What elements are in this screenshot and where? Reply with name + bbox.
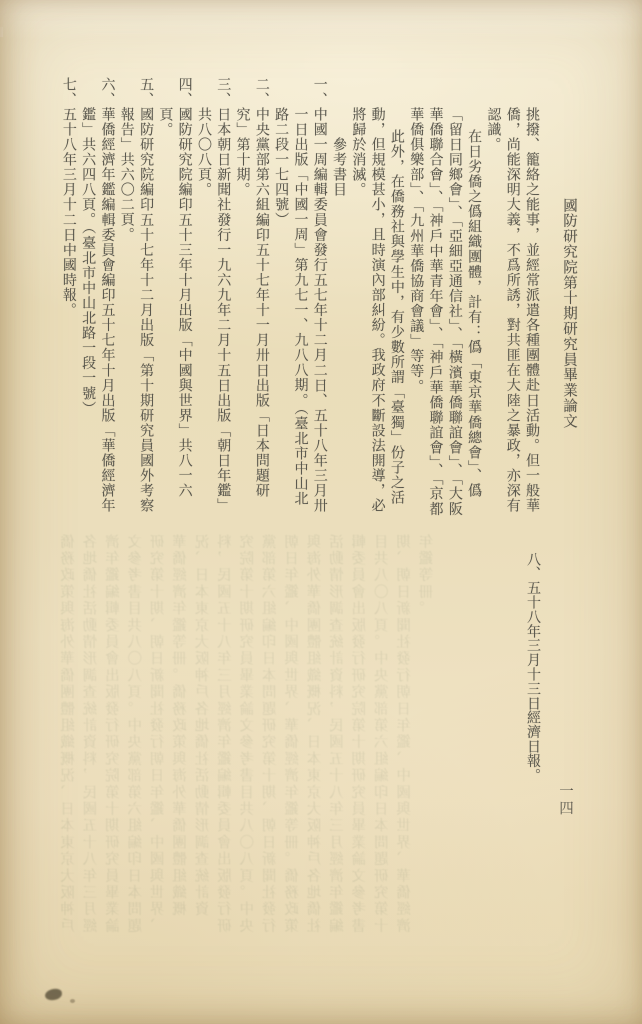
ink-stain xyxy=(44,988,62,1001)
reference-item: 四、國防研究院編印五十三年十月出版「中國與世界」共八一六頁。 xyxy=(155,107,194,517)
references-heading: 參考書目 xyxy=(329,107,348,517)
paragraph: 在日劣僑之僞組織團體，計有：僞「東京華僑總會」、僞「留日同鄉會」、「亞細亞通信社… xyxy=(406,107,483,517)
reference-item: 七、五十八年三月十二日中國時報。 xyxy=(59,107,78,517)
reference-item: 六、華僑經濟年鑑編輯委員會編印五十七年十月出版「華僑經濟年鑑」共六四八頁。（臺北… xyxy=(78,107,117,517)
reference-item: 一、中國一周編輯委員會發行五七年十二月二日、五十八年三月卅一日出版「中國一周」第… xyxy=(271,107,329,517)
page-number: 一四 xyxy=(555,783,576,818)
reference-item: 二、中央黨部第六組編印五十七年十一月卅日出版「日本問題研究」第十期。 xyxy=(232,107,271,517)
reference-item-overflow: 八、五十八年三月十三日經濟日報。 xyxy=(522,552,542,790)
ghost-showthrough-text: 僑務政策與海外華僑團體組織概況、日本東京大阪神戶各地僑社活動情形調查統計資料，民… xyxy=(58,534,554,948)
paper-top-light-band xyxy=(0,0,642,40)
paper-edge-notch xyxy=(0,27,3,37)
paragraph-continued: 挑撥、籠絡之能事，並經常派遣各種團體赴日活動。但一般華僑，尚能深明大義，不爲所誘… xyxy=(483,107,541,517)
body-text-block: 挑撥、籠絡之能事，並經常派遣各種團體赴日活動。但一般華僑，尚能深明大義，不爲所誘… xyxy=(59,107,541,517)
reference-item: 五、國防研究院編印五十七年十二月出版「第十期研究員國外考察報告」共六〇二頁。 xyxy=(116,107,155,517)
running-header: 國防研究院第十期研究員畢業論文 xyxy=(559,198,580,436)
scanned-page: 僑務政策與海外華僑團體組織概況、日本東京大阪神戶各地僑社活動情形調查統計資料，民… xyxy=(0,0,642,1024)
reference-item: 三、日本朝日新聞社發行一九六九年二月十五日出版「朝日年鑑」共八〇八頁。 xyxy=(194,107,233,517)
paragraph: 此外，在僑務社與學生中，有少數所謂「臺獨」份子之活動，但規模甚小，且時演內部糾紛… xyxy=(348,107,406,517)
ink-stain-dot xyxy=(70,999,75,1003)
